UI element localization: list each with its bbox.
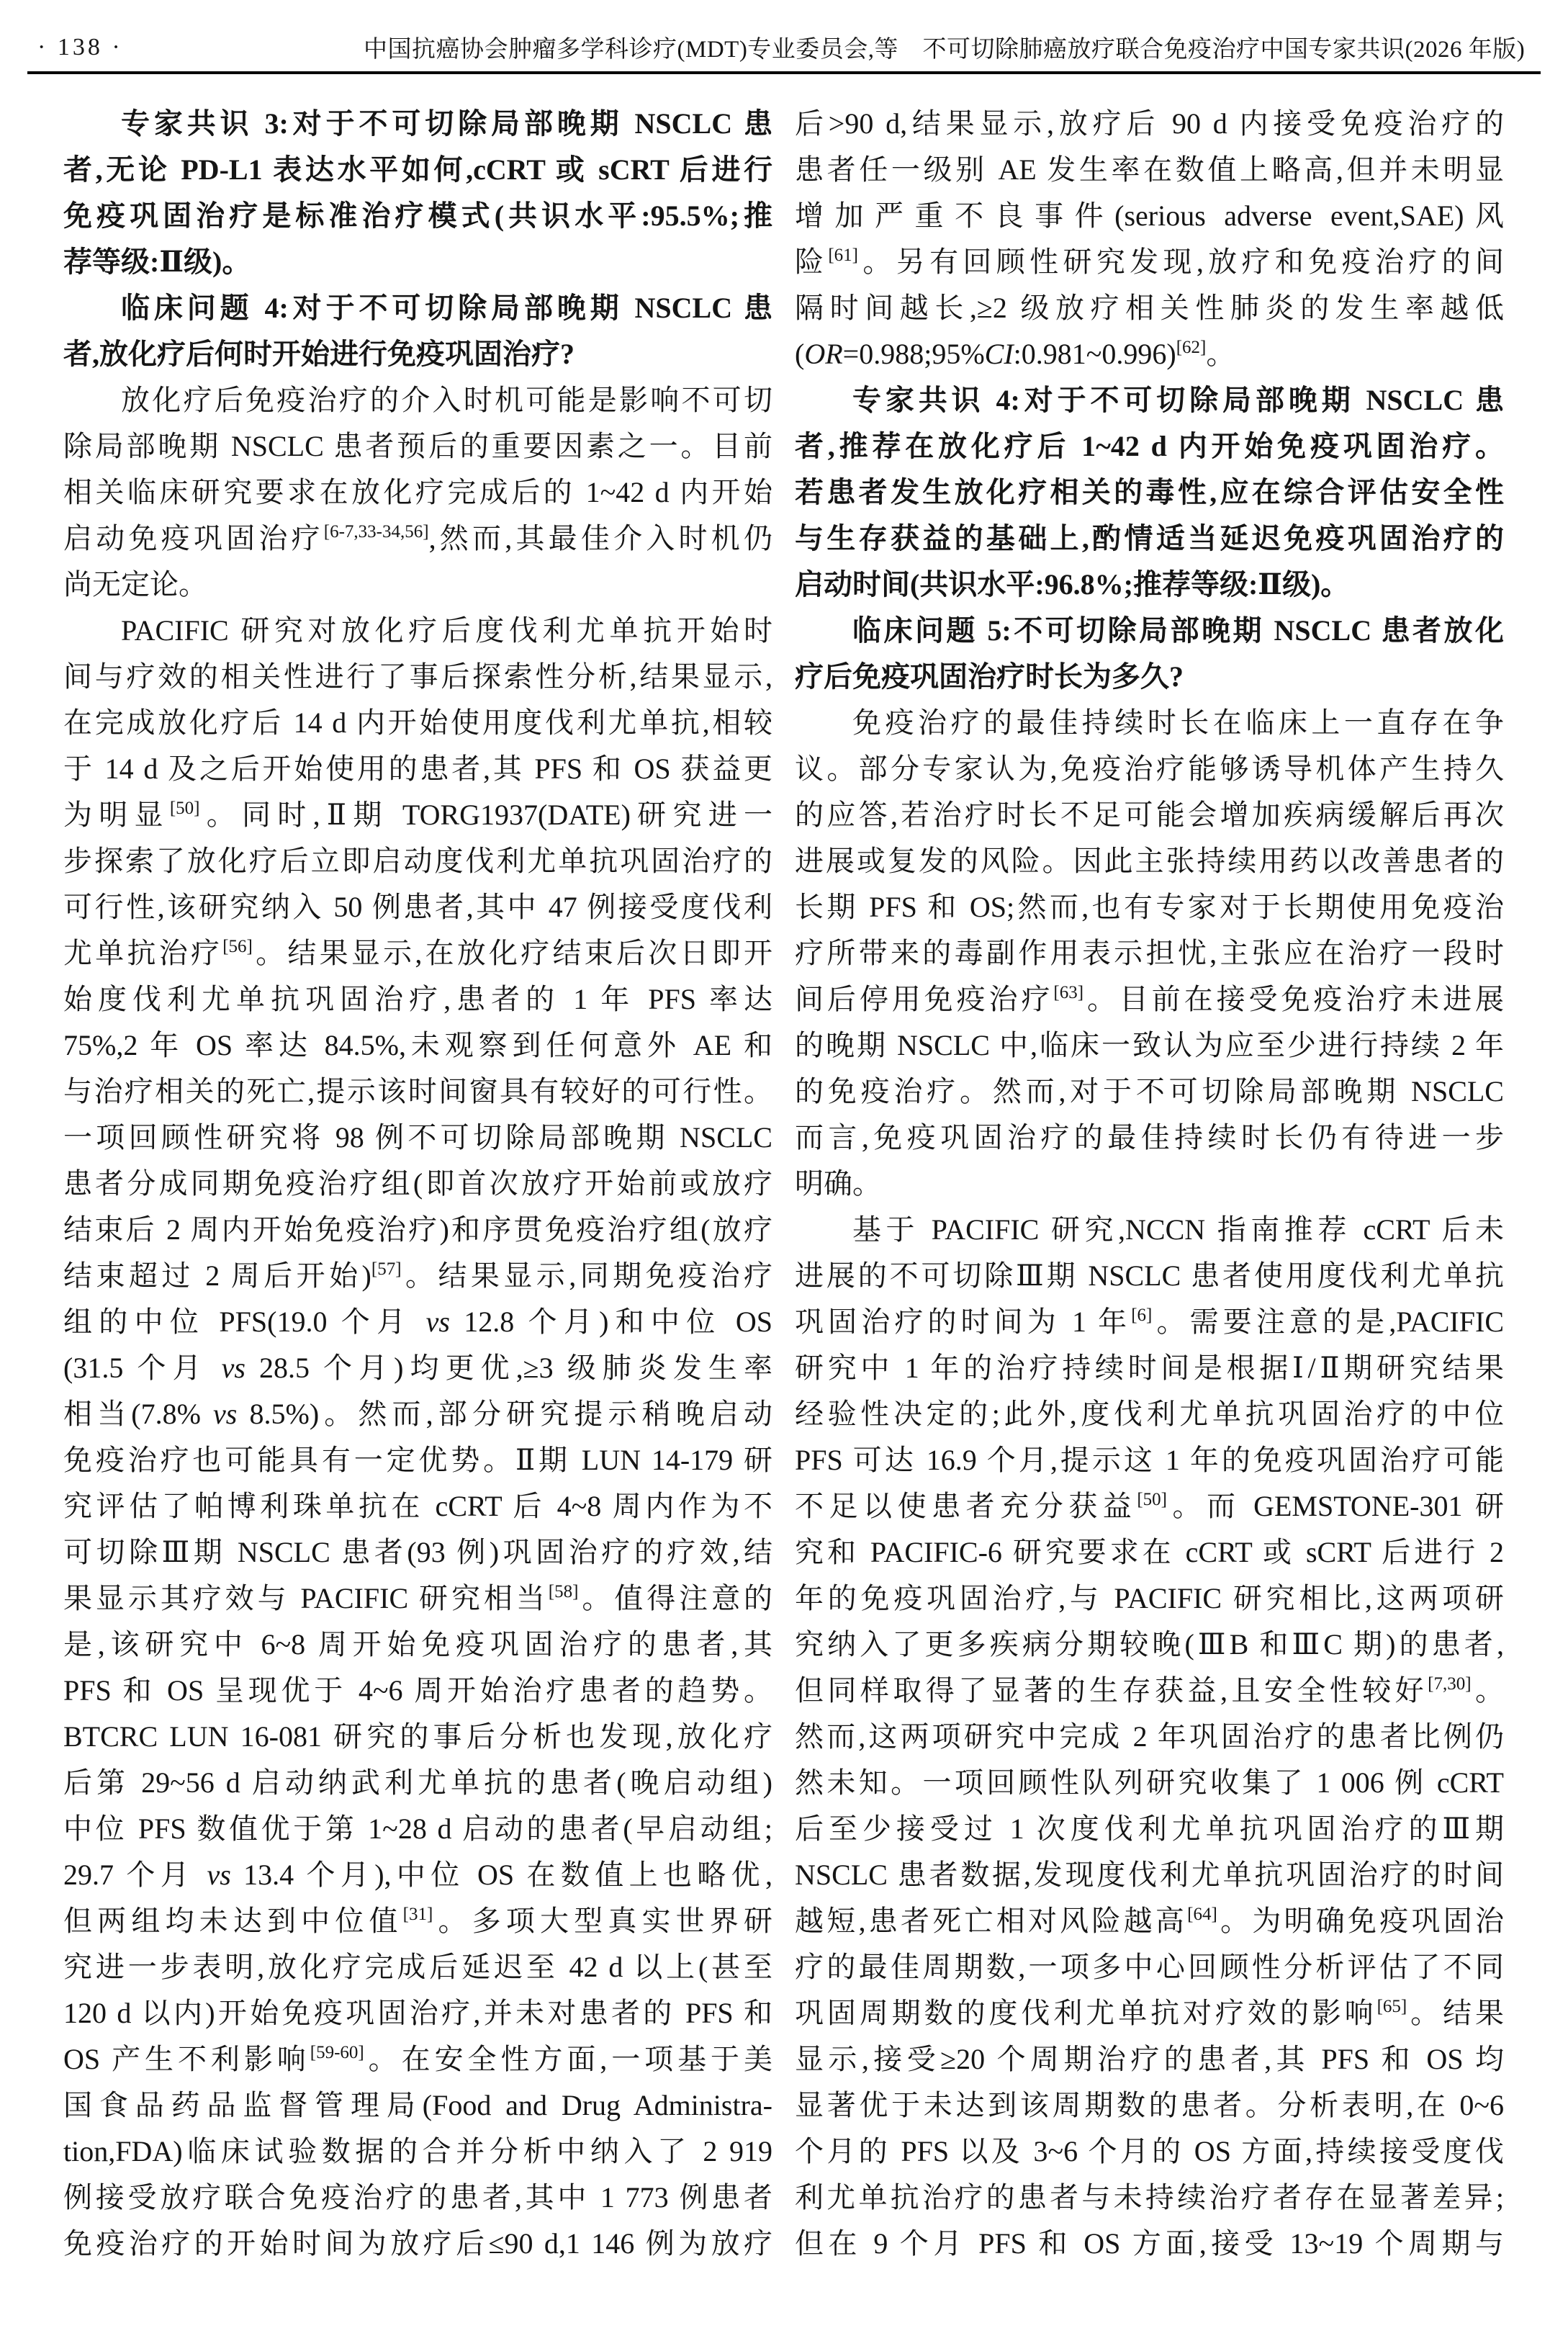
text-line: 免疫巩固治疗是标准治疗模式(共识水平:95.5%;推 (63, 193, 772, 239)
text-line: 长期 PFS 和 OS;然而,也有专家对于长期使用免疫治 (795, 884, 1504, 930)
text-line: 后第 29~56 d 启动纳武利尤单抗的患者(晚启动组) (63, 1760, 772, 1806)
text-line: 隔时间越长,≥2 级放疗相关性肺炎的发生率越低 (795, 285, 1504, 331)
text-line: PACIFIC 研究对放化疗后度伐利尤单抗开始时 (63, 608, 772, 654)
text-line: 是,该研究中 6~8 周开始免疫巩固治疗的患者,其 (63, 1622, 772, 1668)
text-line: 国食品药品监督管理局(Food and Drug Administra- (63, 2082, 772, 2129)
text-line: 显著优于未达到该周期数的患者。分析表明,在 0~6 (795, 2082, 1504, 2129)
text-line: 增加严重不良事件(serious adverse event,SAE)风 (795, 193, 1504, 239)
text-line: 为明显[50]。同时,Ⅱ期 TORG1937(DATE)研究进一 (63, 792, 772, 838)
text-line: 明确。 (795, 1161, 1504, 1207)
text-line: 的应答,若治疗时长不足可能会增加疾病缓解后再次 (795, 792, 1504, 838)
text-line: 者,推荐在放化疗后 1~42 d 内开始免疫巩固治疗。 (795, 423, 1504, 469)
text-line: 然而,这两项研究中完成 2 年巩固治疗的患者比例仍 (795, 1714, 1504, 1760)
text-line: 若患者发生放化疗相关的毒性,应在综合评估安全性 (795, 469, 1504, 516)
text-line: 的免疫治疗。然而,对于不可切除局部晚期 NSCLC (795, 1069, 1504, 1115)
text-line: 荐等级:Ⅱ级)。 (63, 239, 772, 285)
text-line: 专家共识 4:对于不可切除局部晚期 NSCLC 患 (795, 377, 1504, 423)
text-line: (OR=0.988;95%CI:0.981~0.996)[62]。 (795, 331, 1504, 377)
text-line: 75%,2 年 OS 率达 84.5%,未观察到任何意外 AE 和 (63, 1023, 772, 1069)
text-line: 临床问题 5:不可切除局部晚期 NSCLC 患者放化 (795, 608, 1504, 654)
text-line: 中位 PFS 数值优于第 1~28 d 启动的患者(早启动组; (63, 1806, 772, 1852)
text-line: 利尤单抗治疗的患者与未持续治疗者存在显著差异; (795, 2175, 1504, 2221)
text-line: 相当(7.8% vs 8.5%)。然而,部分研究提示稍晚启动 (63, 1391, 772, 1437)
text-line: 但在 9 个月 PFS 和 OS 方面,接受 13~19 个周期与 (795, 2221, 1504, 2267)
text-line: PFS 可达 16.9 个月,提示这 1 年的免疫巩固治疗可能 (795, 1437, 1504, 1483)
text-line: 进展的不可切除Ⅲ期 NSCLC 患者使用度伐利尤单抗 (795, 1253, 1504, 1299)
text-line: 组的中位 PFS(19.0 个月 vs 12.8 个月)和中位 OS (63, 1299, 772, 1345)
text-line: 究进一步表明,放化疗完成后延迟至 42 d 以上(甚至 (63, 1944, 772, 1990)
text-line: 然未知。一项回顾性队列研究收集了 1 006 例 cCRT (795, 1760, 1504, 1806)
text-line: 启动免疫巩固治疗[6-7,33-34,56],然而,其最佳介入时机仍 (63, 516, 772, 562)
text-line: OS 产生不利影响[59-60]。在安全性方面,一项基于美 (63, 2036, 772, 2082)
column-right: 后>90 d,结果显示,放疗后 90 d 内接受免疫治疗的患者任一级别 AE 发… (795, 101, 1504, 2267)
text-line: BTCRC LUN 16-081 研究的事后分析也发现,放化疗 (63, 1714, 772, 1760)
text-line: 相关临床研究要求在放化疗完成后的 1~42 d 内开始 (63, 469, 772, 516)
text-line: 后>90 d,结果显示,放疗后 90 d 内接受免疫治疗的 (795, 101, 1504, 147)
text-line: 后至少接受过 1 次度伐利尤单抗巩固治疗的Ⅲ期 (795, 1806, 1504, 1852)
body-paragraph: 放化疗后免疫治疗的介入时机可能是影响不可切除局部晚期 NSCLC 患者预后的重要… (63, 377, 772, 608)
text-line: 步探索了放化疗后立即启动度伐利尤单抗巩固治疗的 (63, 838, 772, 884)
text-line: 不足以使患者充分获益[50]。而 GEMSTONE-301 研 (795, 1483, 1504, 1529)
text-line: 而言,免疫巩固治疗的最佳持续时长仍有待进一步 (795, 1115, 1504, 1161)
consensus-paragraph: 临床问题 5:不可切除局部晚期 NSCLC 患者放化疗后免疫巩固治疗时长为多久? (795, 608, 1504, 700)
text-line: 者,无论 PD-L1 表达水平如何,cCRT 或 sCRT 后进行 (63, 147, 772, 193)
text-line: PFS 和 OS 呈现优于 4~6 周开始治疗患者的趋势。 (63, 1668, 772, 1714)
text-line: 间与疗效的相关性进行了事后探索性分析,结果显示, (63, 654, 772, 700)
text-line: 与生存获益的基础上,酌情适当延迟免疫巩固治疗的 (795, 516, 1504, 562)
text-line: 巩固周期数的度伐利尤单抗对疗效的影响[65]。结果 (795, 1990, 1504, 2036)
text-line: 结束后 2 周内开始免疫治疗)和序贯免疫治疗组(放疗 (63, 1207, 772, 1253)
text-line: 疗的最佳周期数,一项多中心回顾性分析评估了不同 (795, 1944, 1504, 1990)
text-line: 巩固治疗的时间为 1 年[6]。需要注意的是,PACIFIC (795, 1299, 1504, 1345)
text-line: (31.5 个月 vs 28.5 个月)均更优,≥3 级肺炎发生率 (63, 1345, 772, 1391)
body-paragraph: PACIFIC 研究对放化疗后度伐利尤单抗开始时间与疗效的相关性进行了事后探索性… (63, 608, 772, 2267)
body-paragraph: 后>90 d,结果显示,放疗后 90 d 内接受免疫治疗的患者任一级别 AE 发… (795, 101, 1504, 377)
text-line: 120 d 以内)开始免疫巩固治疗,并未对患者的 PFS 和 (63, 1990, 772, 2036)
text-line: 启动时间(共识水平:96.8%;推荐等级:Ⅱ级)。 (795, 562, 1504, 608)
text-line: 间后停用免疫治疗[63]。目前在接受免疫治疗未进展 (795, 976, 1504, 1023)
text-line: 果显示其疗效与 PACIFIC 研究相当[58]。值得注意的 (63, 1576, 772, 1622)
text-line: 临床问题 4:对于不可切除局部晚期 NSCLC 患 (63, 285, 772, 331)
text-line: 议。部分专家认为,免疫治疗能够诱导机体产生持久 (795, 746, 1504, 792)
text-line: 免疫治疗也可能具有一定优势。Ⅱ期 LUN 14-179 研 (63, 1437, 772, 1483)
text-line: 年的免疫巩固治疗,与 PACIFIC 研究相比,这两项研 (795, 1576, 1504, 1622)
text-line: 专家共识 3:对于不可切除局部晚期 NSCLC 患 (63, 101, 772, 147)
text-line: 结束超过 2 周后开始)[57]。结果显示,同期免疫治疗 (63, 1253, 772, 1299)
header-rule (27, 71, 1541, 74)
text-line: 可切除Ⅲ期 NSCLC 患者(93 例)巩固治疗的疗效,结 (63, 1529, 772, 1576)
text-line: 基于 PACIFIC 研究,NCCN 指南推荐 cCRT 后未 (795, 1207, 1504, 1253)
consensus-paragraph: 专家共识 3:对于不可切除局部晚期 NSCLC 患者,无论 PD-L1 表达水平… (63, 101, 772, 285)
text-line: 进展或复发的风险。因此主张持续用药以改善患者的 (795, 838, 1504, 884)
text-line: 经验性决定的;此外,度伐利尤单抗巩固治疗的中位 (795, 1391, 1504, 1437)
text-line: 例接受放疗联合免疫治疗的患者,其中 1 773 例患者 (63, 2175, 772, 2221)
text-line: 除局部晚期 NSCLC 患者预后的重要因素之一。目前 (63, 423, 772, 469)
text-line: 的晚期 NSCLC 中,临床一致认为应至少进行持续 2 年 (795, 1023, 1504, 1069)
text-line: 者,放化疗后何时开始进行免疫巩固治疗? (63, 331, 772, 377)
text-line: 越短,患者死亡相对风险越高[64]。为明确免疫巩固治 (795, 1898, 1504, 1944)
consensus-paragraph: 专家共识 4:对于不可切除局部晚期 NSCLC 患者,推荐在放化疗后 1~42 … (795, 377, 1504, 608)
text-line: 尚无定论。 (63, 562, 772, 608)
text-line: 在完成放化疗后 14 d 内开始使用度伐利尤单抗,相较 (63, 700, 772, 746)
text-line: 研究中 1 年的治疗持续时间是根据Ⅰ/Ⅱ期研究结果 (795, 1345, 1504, 1391)
text-line: 29.7 个月 vs 13.4 个月),中位 OS 在数值上也略优, (63, 1852, 772, 1898)
page-number: · 138 · (37, 32, 123, 63)
text-line: 患者任一级别 AE 发生率在数值上略高,但并未明显 (795, 147, 1504, 193)
consensus-paragraph: 临床问题 4:对于不可切除局部晚期 NSCLC 患者,放化疗后何时开始进行免疫巩… (63, 285, 772, 377)
column-left: 专家共识 3:对于不可切除局部晚期 NSCLC 患者,无论 PD-L1 表达水平… (63, 101, 772, 2267)
text-line: 免疫治疗的最佳持续时长在临床上一直存在争 (795, 700, 1504, 746)
text-line: 免疫治疗的开始时间为放疗后≤90 d,1 146 例为放疗 (63, 2221, 772, 2267)
text-line: 与治疗相关的死亡,提示该时间窗具有较好的可行性。 (63, 1069, 772, 1115)
text-line: 疗所带来的毒副作用表示担忧,主张应在治疗一段时 (795, 930, 1504, 976)
text-line: 尤单抗治疗[56]。结果显示,在放化疗结束后次日即开 (63, 930, 772, 976)
text-line: 患者分成同期免疫治疗组(即首次放疗开始前或放疗 (63, 1161, 772, 1207)
running-header: 中国抗癌协会肿瘤多学科诊疗(MDT)专业委员会,等 不可切除肺癌放疗联合免疫治疗… (364, 35, 1525, 65)
text-line: 究和 PACIFIC-6 研究要求在 cCRT 或 sCRT 后进行 2 (795, 1529, 1504, 1576)
text-line: 始度伐利尤单抗巩固治疗,患者的 1 年 PFS 率达 (63, 976, 772, 1023)
text-line: 险[61]。另有回顾性研究发现,放疗和免疫治疗的间 (795, 239, 1504, 285)
body-paragraph: 基于 PACIFIC 研究,NCCN 指南推荐 cCRT 后未进展的不可切除Ⅲ期… (795, 1207, 1504, 2267)
text-line: 但两组均未达到中位值[31]。多项大型真实世界研 (63, 1898, 772, 1944)
text-line: 放化疗后免疫治疗的介入时机可能是影响不可切 (63, 377, 772, 423)
text-line: NSCLC 患者数据,发现度伐利尤单抗巩固治疗的时间 (795, 1852, 1504, 1898)
text-line: 一项回顾性研究将 98 例不可切除局部晚期 NSCLC (63, 1115, 772, 1161)
text-line: 疗后免疫巩固治疗时长为多久? (795, 654, 1504, 700)
text-line: 究纳入了更多疾病分期较晚(ⅢB 和ⅢC 期)的患者, (795, 1622, 1504, 1668)
text-line: 个月的 PFS 以及 3~6 个月的 OS 方面,持续接受度伐 (795, 2129, 1504, 2175)
text-line: 究评估了帕博利珠单抗在 cCRT 后 4~8 周内作为不 (63, 1483, 772, 1529)
text-line: 但同样取得了显著的生存获益,且安全性较好[7,30]。 (795, 1668, 1504, 1714)
text-line: tion,FDA)临床试验数据的合并分析中纳入了 2 919 (63, 2129, 772, 2175)
text-line: 于 14 d 及之后开始使用的患者,其 PFS 和 OS 获益更 (63, 746, 772, 792)
body-paragraph: 免疫治疗的最佳持续时长在临床上一直存在争议。部分专家认为,免疫治疗能够诱导机体产… (795, 700, 1504, 1207)
text-line: 显示,接受≥20 个周期治疗的患者,其 PFS 和 OS 均 (795, 2036, 1504, 2082)
text-line: 可行性,该研究纳入 50 例患者,其中 47 例接受度伐利 (63, 884, 772, 930)
